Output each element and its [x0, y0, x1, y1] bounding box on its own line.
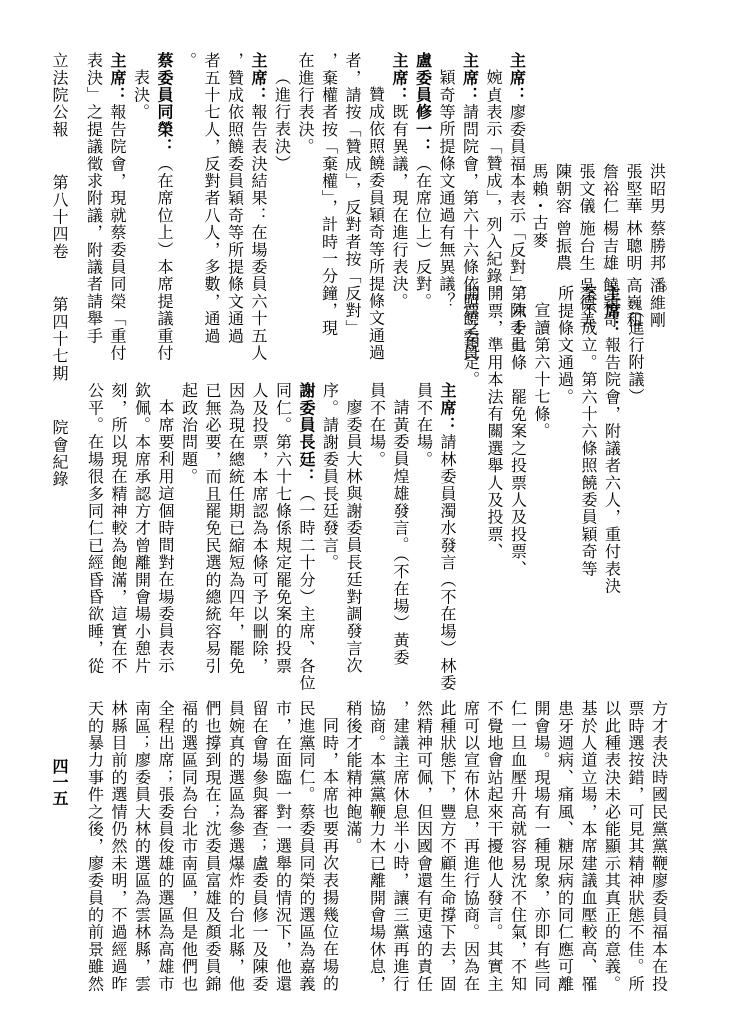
text-column: 起政治問題。: [177, 382, 201, 485]
column-text: （進行表決）: [273, 69, 292, 172]
text-column: 們也撐到現在；沈委員富雄及顏委員錦: [201, 700, 225, 992]
footer: 立法院公報 第八十四卷 第四十七期 院會紀錄: [48, 52, 71, 487]
column-text: 然精神可佩，但因國會還有更遠的責任: [415, 700, 434, 992]
column-text: （一時二十分）主席、各位: [297, 485, 316, 691]
column-text: 婉貞表示「贊成」，列入紀錄。: [484, 69, 503, 302]
text-column: 主席：報告院會，附議者六人，重付表決: [600, 285, 624, 595]
column-text: 所提條文通過。: [556, 285, 575, 405]
text-column: 市，在面臨一對一選舉的情況下，他還: [271, 700, 295, 992]
text-column: 主席：既有異議，現在進行表決。: [388, 52, 412, 310]
speaker-name: 主席：: [249, 52, 268, 104]
text-column: ，建議主席休息半小時，讓三黨再進行: [389, 700, 413, 992]
column-text: 者，請按「贊成」，反對者按「反對」: [343, 52, 362, 336]
text-column: 穎奇等所提條文通過有無異議？: [435, 69, 459, 310]
text-column: 員不在場。: [412, 382, 436, 468]
column-text: 已無必要，而且罷免民選的總統容易引: [203, 382, 222, 674]
text-column: 患牙週病、痛風、糖尿病的同仁應可離: [553, 700, 577, 992]
column-text: 廖委員大林與謝委員長廷對調發言次: [344, 399, 363, 674]
voter-name: 陳朝容: [551, 163, 575, 215]
column-text: 報告院會，附議者六人，重付表決: [603, 337, 622, 595]
column-text: 。: [650, 285, 669, 302]
column-text: 因為現在總統任期已縮短為四年，罷免: [227, 382, 246, 674]
section-label: 院會紀錄: [48, 419, 71, 488]
volume-label: 第八十四卷: [48, 174, 71, 260]
text-column: 員不在場。: [365, 382, 389, 468]
column-text: 協商。本黨黨鞭力木已離開會場休息，: [368, 700, 387, 992]
text-column: 天的暴力事件之後，廖委員的前景雖然: [83, 700, 107, 992]
column-text: 報告院會，現就蔡委員同榮「重付: [108, 104, 127, 362]
column-text: 本席要利用這個時間對在場委員表示: [156, 399, 175, 674]
text-column: 開會場。現場有一種現象，亦即有些同: [530, 700, 554, 992]
text-column: 公平。在場很多同仁已經昏昏欲睡，從: [83, 382, 107, 674]
column-text: 留在會場參與審查；盧委員修一及陳委: [250, 700, 269, 992]
column-text: 仁一旦血壓升高就容易沈不住氣，不知: [509, 700, 528, 992]
text-column: 同時，本席也要再次表揚幾位在場的: [318, 717, 342, 992]
text-column: ，贊成依照饒委員穎奇等所提條文通過: [223, 52, 247, 344]
text-column: 婉貞表示「贊成」，列入紀錄。: [482, 69, 506, 302]
column-text: 方才表決時國民黨黨鞭廖委員福本在投: [650, 700, 669, 992]
text-column: 者，請按「贊成」，反對者按「反對」: [341, 52, 365, 336]
text-column: 者五十七人，反對者八人，多數，通過: [200, 52, 224, 344]
text-column: 員婉真的選區為參選爆炸的台北縣，他: [224, 700, 248, 992]
column-text: 林縣目前的選情仍然未明，不過經過昨: [109, 700, 128, 992]
column-text: 票時選按錯，可見其精神狀態不佳。所: [626, 700, 645, 992]
voter-name: 洪昭男: [645, 163, 669, 215]
voter-name: 楊吉雄: [598, 220, 622, 272]
text-column: 稍後才能精神飽滿。: [342, 700, 366, 855]
column-text: 宣讀第六十七條。: [532, 302, 551, 440]
column-text: 們也撐到現在；沈委員富雄及顏委員錦: [203, 700, 222, 992]
text-column: 已無必要，而且罷免民選的總統容易引: [201, 382, 225, 674]
column-text: 此種狀態下，豐方不顧生命撐下去，固: [438, 700, 457, 992]
speaker-name: 主席：: [108, 52, 127, 104]
column-text: 人及投票，本席認為本條可予以刪除，: [250, 382, 269, 674]
column-text: ，建議主席休息半小時，讓三黨再進行: [391, 700, 410, 992]
text-column: 欽佩。本席承認方才曾離開會場小憩片: [130, 382, 154, 674]
column-text: 開票，準用本法有關選舉人及投票、: [485, 285, 504, 560]
text-column: 留在會場參與審查；盧委員修一及陳委: [248, 700, 272, 992]
text-column: ，棄權者按「棄權」，計時一分鐘，現: [317, 52, 341, 336]
text-column: 以此種表決未必能顯示其真正的意義。: [600, 700, 624, 992]
text-column: 刻，所以現在精神較為飽滿，這實在不: [107, 382, 131, 674]
text-column: 福的選區同為台北市南區，但是他們也: [177, 700, 201, 992]
column-text: 同仁。第六十七條係規定罷免案的投票: [274, 382, 293, 674]
text-column: 贊成依照饒委員穎奇等所提條文通過: [364, 86, 388, 361]
voter-name: 蔡勝邦: [645, 220, 669, 272]
text-column: 。: [647, 285, 671, 302]
column-text: 基於人道立場，本席建議血壓較高、罹: [579, 700, 598, 992]
issue-label: 第四十七期: [48, 296, 71, 382]
speaker-name: 謝委員長廷：: [297, 382, 316, 485]
text-column: 基於人道立場，本席建議血壓較高、罹: [577, 700, 601, 992]
text-column: 主席：報告院會，現就蔡委員同榮「重付: [106, 52, 130, 362]
voter-name: 曾振農: [551, 220, 575, 272]
text-column: 開票之規定。: [459, 285, 483, 388]
text-column: 案不成立。第六十六條照饒委員穎奇等: [577, 285, 601, 577]
text-column: 票時選按錯，可見其精神狀態不佳。所: [624, 700, 648, 992]
speaker-name: 主席：: [438, 382, 457, 434]
column-text: （在席位上）本席提議重付: [155, 155, 174, 361]
column-text: 公平。在場很多同仁已經昏昏欲睡，從: [86, 382, 105, 674]
text-column: （進行表決）: [270, 69, 294, 172]
speaker-name: 主席：: [603, 285, 622, 337]
text-column: 序。請謝委員長廷發言。: [318, 382, 342, 571]
column-text: 請林委員濁水發言（不在場）林委: [438, 434, 457, 692]
column-text: 開票之規定。: [462, 285, 481, 388]
column-text: 不覺地會站起來干擾他人發言。其實主: [485, 700, 504, 992]
text-column: 南區；廖委員大林的選區為雲林縣，雲: [130, 700, 154, 992]
text-column: 協商。本黨黨鞭力木已離開會場休息，: [365, 700, 389, 992]
text-column: （進行附議）: [624, 302, 648, 405]
column-text: （進行附議）: [626, 302, 645, 405]
text-column: 謝委員長廷：（一時二十分）主席、各位: [295, 382, 319, 692]
column-text: 穎奇等所提條文通過有無異議？: [437, 69, 456, 310]
column-text: 南區；廖委員大林的選區為雲林縣，雲: [133, 700, 152, 992]
text-column: 第六十七條 罷免案之投票人及投票、: [506, 285, 530, 577]
text-column: 本席要利用這個時間對在場委員表示: [154, 399, 178, 674]
page-number: 四一五: [48, 758, 71, 806]
text-column: 廖委員大林與謝委員長廷對調發言次: [342, 399, 366, 674]
column-text: 序。請謝委員長廷發言。: [321, 382, 340, 571]
column-text: 開會場。現場有一種現象，亦即有些同: [532, 700, 551, 992]
column-text: 稍後才能精神飽滿。: [344, 700, 363, 855]
publication-title: 立法院公報: [48, 52, 71, 138]
column-text: ，棄權者按「棄權」，計時一分鐘，現: [320, 52, 339, 336]
column-text: 。: [179, 52, 198, 69]
voter-name: 詹裕仁: [598, 163, 622, 215]
text-column: 同仁。第六十七條係規定罷免案的投票: [271, 382, 295, 674]
column-text: 員不在場。: [368, 382, 387, 468]
column-text: 患牙週病、痛風、糖尿病的同仁應可離: [556, 700, 575, 992]
text-column: 表決」之提議徵求附議，附議者請舉手: [82, 52, 106, 344]
voter-name: 張文儀: [575, 163, 599, 215]
text-column: 。: [176, 52, 200, 69]
column-text: （在席位上）反對。: [414, 155, 433, 310]
column-text: 席可以宣布休息，再進行協商。因為在: [462, 700, 481, 992]
column-text: ，贊成依照饒委員穎奇等所提條文通過: [226, 52, 245, 344]
voter-name: 林聰明: [622, 220, 646, 272]
text-column: 主席：報告表決結果：在場委員六十五人: [247, 52, 271, 362]
column-text: 請黃委員煌雄發言。（不在場）黃委: [391, 399, 410, 666]
column-text: 同時，本席也要再次表揚幾位在場的: [321, 717, 340, 992]
text-column: 表決。: [129, 69, 153, 121]
speaker-name: 盧委員修一：: [414, 52, 433, 155]
column-text: 在進行表決。: [296, 52, 315, 155]
text-column: 宣讀第六十七條。: [530, 302, 554, 440]
speaker-name: 主席：: [461, 52, 480, 104]
text-column: 不覺地會站起來干擾他人發言。其實主: [483, 700, 507, 992]
text-column: 方才表決時國民黨黨鞭廖委員福本在投: [647, 700, 671, 992]
text-column: 因為現在總統任期已縮短為四年，罷免: [224, 382, 248, 674]
voter-name: 張堅華: [622, 163, 646, 215]
speaker-name: 主席：: [390, 52, 409, 104]
column-text: 起政治問題。: [180, 382, 199, 485]
text-column: 開票，準用本法有關選舉人及投票、: [483, 285, 507, 560]
text-column: 人及投票，本席認為本條可予以刪除，: [248, 382, 272, 674]
column-text: 員不在場。: [415, 382, 434, 468]
text-column: 此種狀態下，豐方不顧生命撐下去，固: [436, 700, 460, 992]
text-column: 盧委員修一：（在席位上）反對。: [411, 52, 435, 310]
text-column: 仁一旦血壓升高就容易沈不住氣，不知: [506, 700, 530, 992]
column-text: 者五十七人，反對者八人，多數，通過: [202, 52, 221, 344]
text-column: 所提條文通過。: [553, 285, 577, 405]
text-column: 蔡委員同榮：（在席位上）本席提議重付: [153, 52, 177, 362]
text-column: 請黃委員煌雄發言。（不在場）黃委: [389, 399, 413, 666]
column-text: 全程出席；張委員俊雄的選區為高雄市: [156, 700, 175, 992]
column-text: 既有異議，現在進行表決。: [390, 104, 409, 310]
text-column: 主席：請林委員濁水發言（不在場）林委: [436, 382, 460, 692]
column-text: 第六十七條 罷免案之投票人及投票、: [509, 285, 528, 577]
column-text: 贊成依照饒委員穎奇等所提條文通過: [367, 86, 386, 361]
column-text: 表決」之提議徵求附議，附議者請舉手: [85, 52, 104, 344]
column-text: 市，在面臨一對一選舉的情況下，他還: [274, 700, 293, 992]
text-column: 民進黨同仁。蔡委員同榮的選區為嘉義: [295, 700, 319, 992]
text-column: 全程出席；張委員俊雄的選區為高雄市: [154, 700, 178, 992]
text-column: 席可以宣布休息，再進行協商。因為在: [459, 700, 483, 992]
column-text: 表決。: [132, 69, 151, 121]
text-column: 林縣目前的選情仍然未明，不過經過昨: [107, 700, 131, 992]
column-text: 報告表決結果：在場委員六十五人: [249, 104, 268, 362]
column-text: 天的暴力事件之後，廖委員的前景雖然: [86, 700, 105, 992]
text-column: 然精神可佩，但因國會還有更遠的責任: [412, 700, 436, 992]
column-text: 案不成立。第六十六條照饒委員穎奇等: [579, 285, 598, 577]
column-text: 福的選區同為台北市南區，但是他們也: [180, 700, 199, 992]
speaker-name: 主席：: [508, 52, 527, 104]
speaker-name: 蔡委員同榮：: [155, 52, 174, 155]
column-text: 員婉真的選區為參選爆炸的台北縣，他: [227, 700, 246, 992]
voter-name: 馬賴・古麥: [528, 163, 552, 249]
column-text: 欽佩。本席承認方才曾離開會場小憩片: [133, 382, 152, 674]
column-text: 以此種表決未必能顯示其真正的意義。: [603, 700, 622, 992]
text-column: 在進行表決。: [294, 52, 318, 155]
column-text: 刻，所以現在精神較為飽滿，這實在不: [109, 382, 128, 674]
voter-name: 施台生: [575, 220, 599, 272]
column-text: 民進黨同仁。蔡委員同榮的選區為嘉義: [297, 700, 316, 992]
